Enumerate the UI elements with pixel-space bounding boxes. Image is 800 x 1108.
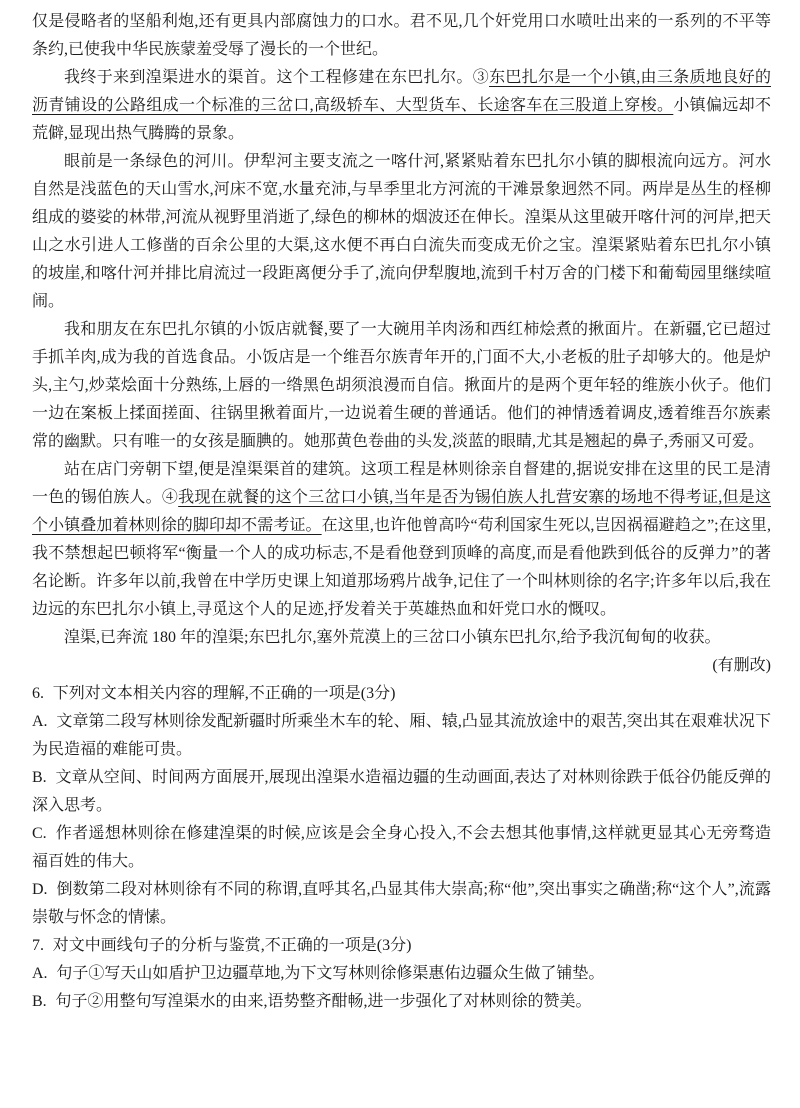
question-stem: 6.下列对文本相关内容的理解,不正确的一项是(3分) (32, 680, 771, 708)
exam-page: 仅是侵略者的坚船利炮,还有更具内部腐蚀力的口水。君不见,几个奸党用口水喷吐出来的… (0, 0, 800, 1108)
questions-section: 6.下列对文本相关内容的理解,不正确的一项是(3分)A.文章第二段写林则徐发配新… (32, 680, 771, 1016)
option-label: D. (32, 881, 48, 898)
passage-text: 我终于来到湟渠进水的渠首。这个工程修建在东巴扎尔。③ (64, 69, 489, 86)
question-stem-text: 对文中画线句子的分析与鉴赏,不正确的一项是(3分) (53, 937, 412, 954)
option-label: A. (32, 965, 48, 982)
option-label: B. (32, 769, 47, 786)
question-number: 6. (32, 685, 44, 702)
passage-paragraph: 眼前是一条绿色的河川。伊犁河主要支流之一喀什河,紧紧贴着东巴扎尔小镇的脚根流向远… (32, 148, 771, 316)
option-text: 文章第二段写林则徐发配新疆时所乘坐木车的轮、厢、辕,凸显其流放途中的艰苦,突出其… (32, 713, 771, 758)
option-text: 倒数第二段对林则徐有不同的称谓,直呼其名,凸显其伟大崇高;称“他”,突出事实之确… (32, 881, 771, 926)
passage-text: 仅是侵略者的坚船利炮,还有更具内部腐蚀力的口水。君不见,几个奸党用口水喷吐出来的… (32, 13, 771, 58)
option-label: A. (32, 713, 48, 730)
passage-paragraph: 仅是侵略者的坚船利炮,还有更具内部腐蚀力的口水。君不见,几个奸党用口水喷吐出来的… (32, 8, 771, 64)
answer-option: D.倒数第二段对林则徐有不同的称谓,直呼其名,凸显其伟大崇高;称“他”,突出事实… (32, 876, 771, 932)
answer-option: A.文章第二段写林则徐发配新疆时所乘坐木车的轮、厢、辕,凸显其流放途中的艰苦,突… (32, 708, 771, 764)
option-text: 句子②用整句写湟渠水的由来,语势整齐酣畅,进一步强化了对林则徐的赞美。 (55, 993, 591, 1010)
answer-option: B.句子②用整句写湟渠水的由来,语势整齐酣畅,进一步强化了对林则徐的赞美。 (32, 988, 771, 1016)
option-text: 文章从空间、时间两方面展开,展现出湟渠水造福边疆的生动画面,表达了对林则徐跌于低… (32, 769, 771, 814)
option-text: 句子①写天山如盾护卫边疆草地,为下文写林则徐修渠惠佑边疆众生做了铺垫。 (56, 965, 604, 982)
attribution-note: (有删改) (32, 652, 771, 680)
passage-paragraph: 站在店门旁朝下望,便是湟渠渠首的建筑。这项工程是林则徐亲自督建的,据说安排在这里… (32, 456, 771, 624)
passage-paragraph: 湟渠,已奔流 180 年的湟渠;东巴扎尔,塞外荒漠上的三岔口小镇东巴扎尔,给予我… (32, 624, 771, 652)
answer-option: C.作者遥想林则徐在修建湟渠的时候,应该是会全身心投入,不会去想其他事情,这样就… (32, 820, 771, 876)
passage-text: 湟渠,已奔流 180 年的湟渠;东巴扎尔,塞外荒漠上的三岔口小镇东巴扎尔,给予我… (64, 629, 720, 646)
answer-option: A.句子①写天山如盾护卫边疆草地,为下文写林则徐修渠惠佑边疆众生做了铺垫。 (32, 960, 771, 988)
reading-passage: 仅是侵略者的坚船利炮,还有更具内部腐蚀力的口水。君不见,几个奸党用口水喷吐出来的… (32, 8, 771, 652)
option-label: B. (32, 993, 47, 1010)
passage-paragraph: 我终于来到湟渠进水的渠首。这个工程修建在东巴扎尔。③东巴扎尔是一个小镇,由三条质… (32, 64, 771, 148)
question-number: 7. (32, 937, 44, 954)
option-text: 作者遥想林则徐在修建湟渠的时候,应该是会全身心投入,不会去想其他事情,这样就更显… (32, 825, 771, 870)
question-stem-text: 下列对文本相关内容的理解,不正确的一项是(3分) (53, 685, 396, 702)
passage-paragraph: 我和朋友在东巴扎尔镇的小饭店就餐,要了一大碗用羊肉汤和西红柿烩煮的揪面片。在新疆… (32, 316, 771, 456)
option-label: C. (32, 825, 47, 842)
answer-option: B.文章从空间、时间两方面展开,展现出湟渠水造福边疆的生动画面,表达了对林则徐跌… (32, 764, 771, 820)
passage-text: 我和朋友在东巴扎尔镇的小饭店就餐,要了一大碗用羊肉汤和西红柿烩煮的揪面片。在新疆… (32, 321, 771, 450)
question-stem: 7.对文中画线句子的分析与鉴赏,不正确的一项是(3分) (32, 932, 771, 960)
passage-text: 眼前是一条绿色的河川。伊犁河主要支流之一喀什河,紧紧贴着东巴扎尔小镇的脚根流向远… (32, 153, 771, 310)
